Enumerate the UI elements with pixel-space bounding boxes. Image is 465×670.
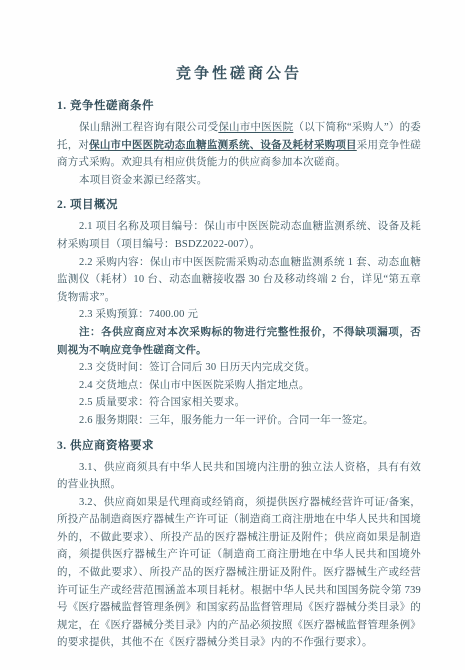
section-heading: 3. 供应商资格要求 [57, 437, 421, 453]
document-title: 竞争性磋商公告 [57, 62, 421, 83]
text-segment: 2.3 交货时间：签订合同后 30 日历天内完成交货。 [79, 362, 315, 373]
document-body-container: 竞争性磋商公告 1. 竞争性磋商条件保山鼎洲工程咨询有限公司受保山市中医医院（以… [57, 62, 421, 652]
paragraph: 2.5 质量要求：符合国家相关要求。 [57, 394, 421, 412]
text-segment: 2.6 服务期限：三年，服务能力一年一评价。合同一年一签定。 [79, 415, 374, 426]
paragraph: 2.6 服务期限：三年，服务能力一年一评价。合同一年一签定。 [57, 412, 421, 430]
section-heading: 2. 项目概况 [57, 196, 421, 212]
paragraph: 注：各供应商应对本次采购标的物进行完整性报价，不得缺项漏项，否则视为不响应竞争性… [57, 324, 421, 359]
text-segment: 2.3 采购预算：7400.00 元 [79, 309, 198, 320]
text-segment: 1. 竞争性磋商条件 [57, 100, 154, 112]
document-page: 竞争性磋商公告 1. 竞争性磋商条件保山鼎洲工程咨询有限公司受保山市中医医院（以… [0, 0, 465, 670]
text-segment: 本项目资金来源已经落实。 [79, 175, 207, 186]
paragraph: 3.1、供应商须具有中华人民共和国境内注册的独立法人资格，具有有效的营业执照。 [57, 459, 421, 494]
text-segment: 2.4 交货地点：保山市中医医院采购人指定地点。 [79, 380, 310, 391]
text-segment: 保山市中医医院 [218, 122, 293, 133]
paragraph: 2.4 交货地点：保山市中医医院采购人指定地点。 [57, 377, 421, 395]
paragraph: 3.2、供应商如果是代理商或经销商，须提供医疗器械经营许可证/备案，所投产品制造… [57, 494, 421, 652]
paragraph: 2.2 采购内容：保山市中医医院需采购动态血糖监测系统 1 套、动态血糖监测仪（… [57, 254, 421, 307]
text-segment: 3.1、供应商须具有中华人民共和国境内注册的独立法人资格，具有有效的营业执照。 [57, 462, 421, 491]
text-segment: 保山鼎洲工程咨询有限公司受 [79, 122, 218, 133]
document-body: 1. 竞争性磋商条件保山鼎洲工程咨询有限公司受保山市中医医院（以下简称“采购人”… [57, 97, 421, 652]
text-segment: 3. 供应商资格要求 [57, 440, 154, 452]
paragraph: 2.3 采购预算：7400.00 元 [57, 306, 421, 324]
text-segment: 保山市中医医院动态血糖监测系统、设备及耗材采购项目 [89, 140, 357, 151]
section-heading: 1. 竞争性磋商条件 [57, 97, 421, 113]
paragraph: 本项目资金来源已经落实。 [57, 172, 421, 190]
paragraph: 2.1 项目名称及项目编号：保山市中医医院动态血糖监测系统、设备及耗材采购项目（… [57, 218, 421, 253]
text-segment: 2.1 项目名称及项目编号：保山市中医医院动态血糖监测系统、设备及耗材采购项目（… [57, 221, 421, 250]
paragraph: 保山鼎洲工程咨询有限公司受保山市中医医院（以下简称“采购人”）的委托，对保山市中… [57, 119, 421, 172]
text-segment: 3.2、供应商如果是代理商或经销商，须提供医疗器械经营许可证/备案，所投产品制造… [57, 497, 421, 649]
paragraph: 2.3 交货时间：签订合同后 30 日历天内完成交货。 [57, 359, 421, 377]
text-segment: 2. 项目概况 [57, 199, 118, 211]
text-segment: 注：各供应商应对本次采购标的物进行完整性报价，不得缺项漏项，否则视为不响应竞争性… [57, 327, 421, 356]
text-segment: 2.5 质量要求：符合国家相关要求。 [79, 397, 245, 408]
text-segment: 2.2 采购内容：保山市中医医院需采购动态血糖监测系统 1 套、动态血糖监测仪（… [57, 257, 421, 303]
